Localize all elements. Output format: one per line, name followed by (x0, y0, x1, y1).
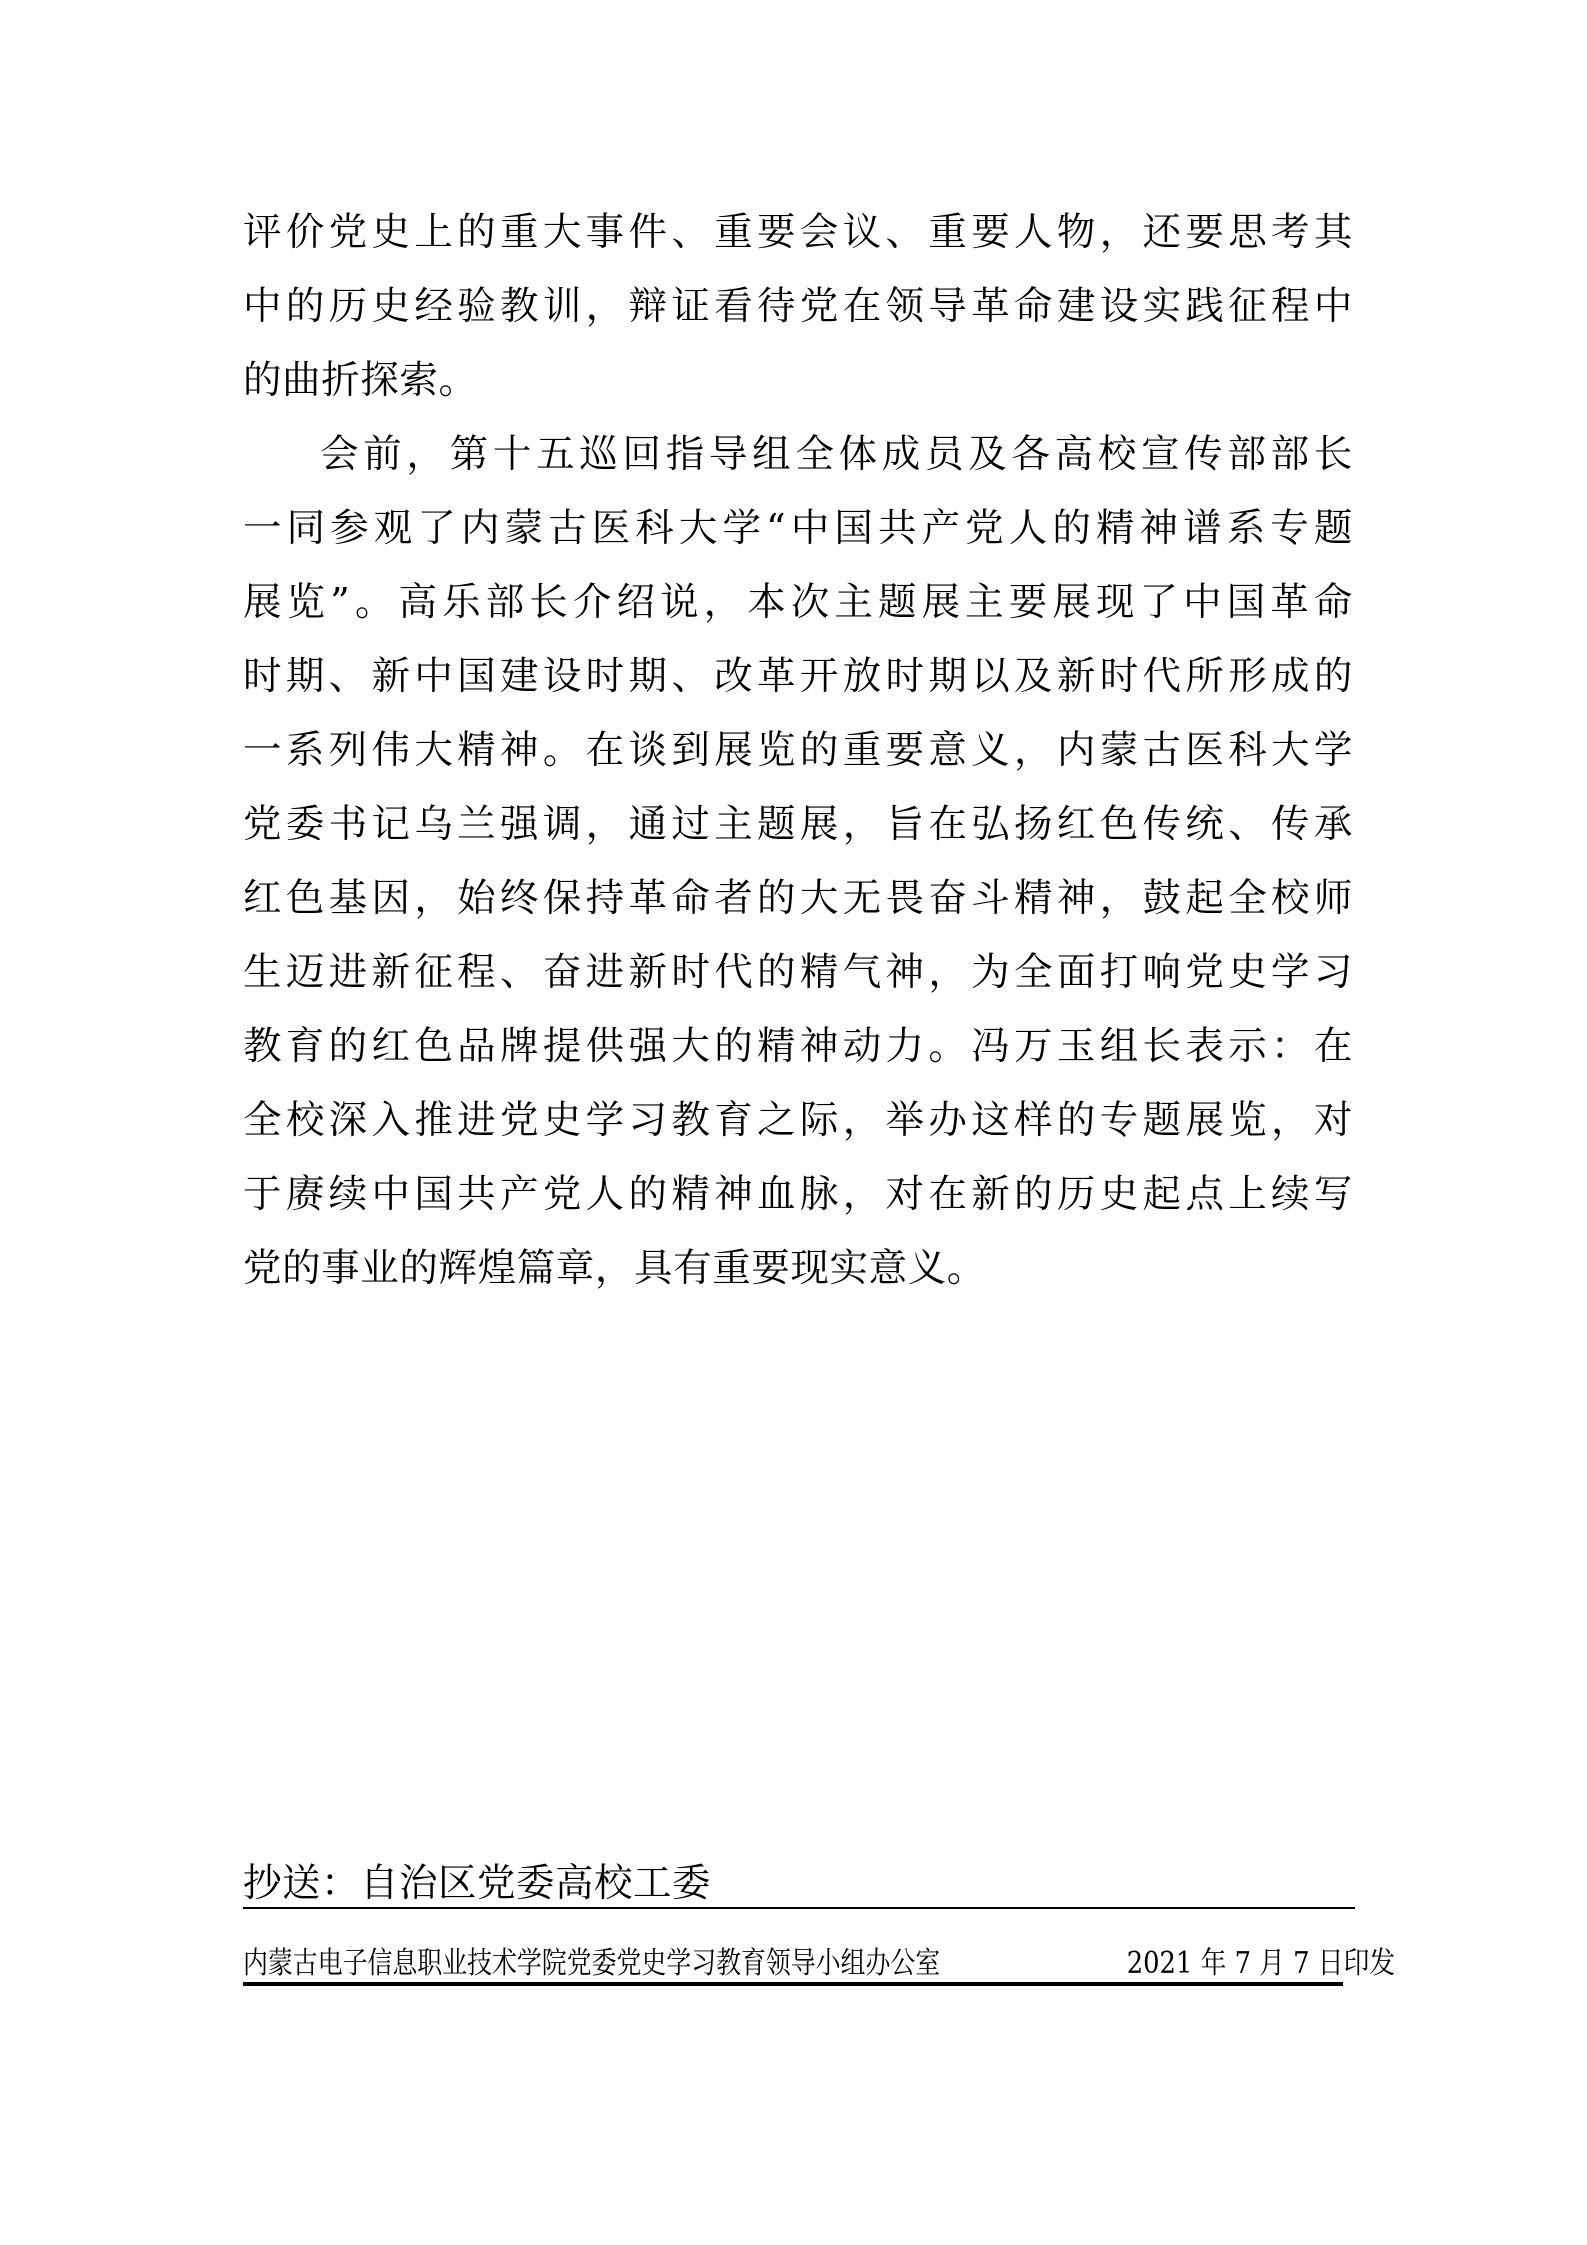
text-line: 中的历史经验教训，辩证看待党在领导革命建设实践征程中 (243, 270, 1353, 344)
text-line: 教育的红色品牌提供强大的精神动力。冯万玉组长表示：在 (243, 1010, 1353, 1084)
text-line: 党委书记乌兰强调，通过主题展，旨在弘扬红色传统、传承 (243, 788, 1353, 862)
text-line: 全校深入推进党史学习教育之际，举办这样的专题展览，对 (243, 1084, 1353, 1158)
issuer-line: 内蒙古电子信息职业技术学院党委党史学习教育领导小组办公室 2021 年 7 月 … (243, 1944, 1343, 1986)
text-line: 时期、新中国建设时期、改革开放时期以及新时代所形成的 (243, 640, 1353, 714)
paragraph-2: 会前，第十五巡回指导组全体成员及各高校宣传部部长 一同参观了内蒙古医科大学“中国… (243, 418, 1353, 1306)
text-line: 会前，第十五巡回指导组全体成员及各高校宣传部部长 (243, 418, 1353, 492)
issuing-office: 内蒙古电子信息职业技术学院党委党史学习教育领导小组办公室 (243, 1946, 940, 1982)
text-line: 评价党史上的重大事件、重要会议、重要人物，还要思考其 (243, 196, 1353, 270)
text-line: 生迈进新征程、奋进新时代的精气神，为全面打响党史学习 (243, 936, 1353, 1010)
text-line: 的曲折探索。 (243, 344, 1353, 418)
text-line: 于赓续中国共产党人的精神血脉，对在新的历史起点上续写 (243, 1158, 1353, 1232)
issue-date: 2021 年 7 月 7 日印发 (1127, 1946, 1395, 1982)
document-body: 评价党史上的重大事件、重要会议、重要人物，还要思考其 中的历史经验教训，辩证看待… (243, 196, 1353, 1306)
paragraph-1: 评价党史上的重大事件、重要会议、重要人物，还要思考其 中的历史经验教训，辩证看待… (243, 196, 1353, 418)
text-line: 展览”。高乐部长介绍说，本次主题展主要展现了中国革命 (243, 566, 1353, 640)
text-line: 一系列伟大精神。在谈到展览的重要意义，内蒙古医科大学 (243, 714, 1353, 788)
text-line: 党的事业的辉煌篇章，具有重要现实意义。 (243, 1232, 1353, 1306)
cc-line: 抄送：自治区党委高校工委 (243, 1862, 1355, 1909)
text-line: 红色基因，始终保持革命者的大无畏奋斗精神，鼓起全校师 (243, 862, 1353, 936)
text-line: 一同参观了内蒙古医科大学“中国共产党人的精神谱系专题 (243, 492, 1353, 566)
cc-recipients: 抄送：自治区党委高校工委 (243, 1861, 711, 1906)
